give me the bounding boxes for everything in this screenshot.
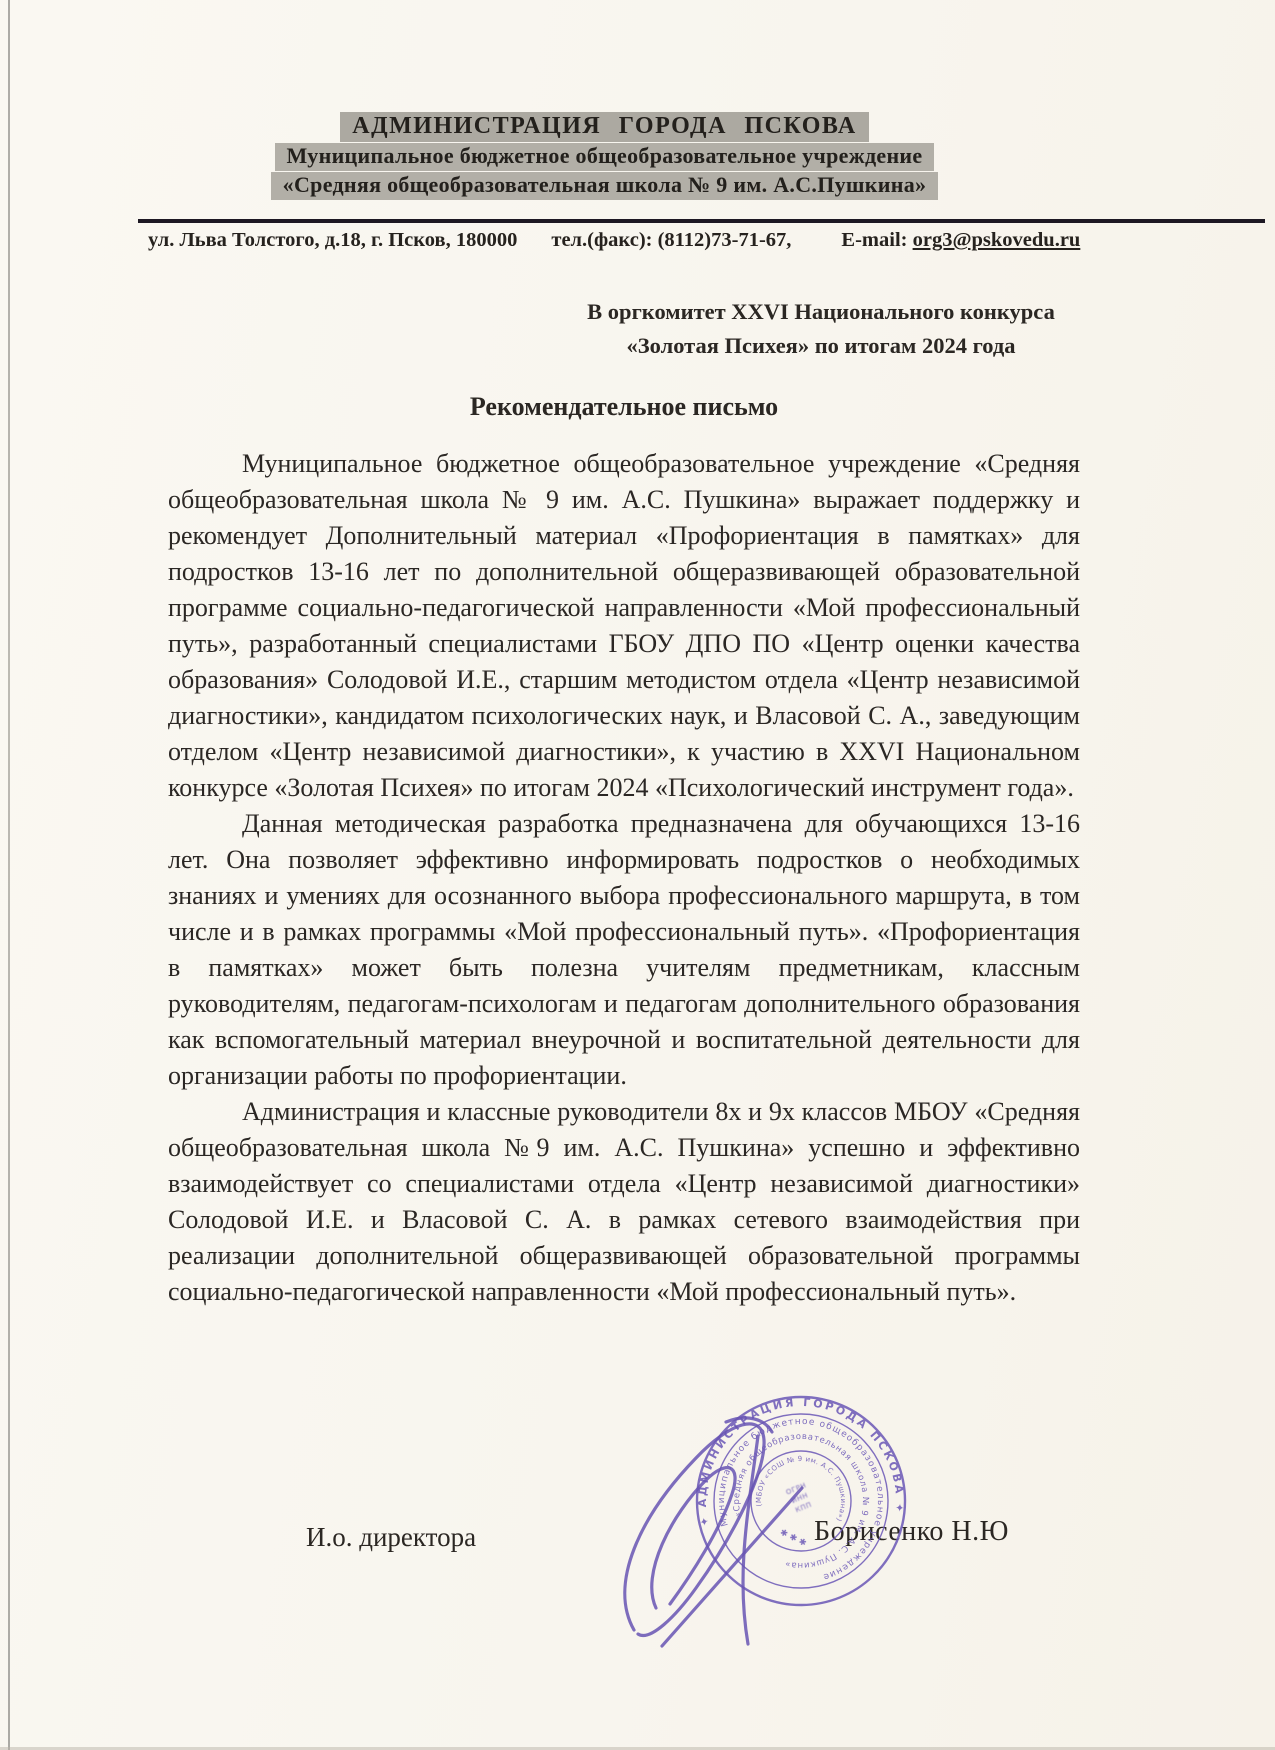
contact-email-link[interactable]: org3@pskovedu.ru	[913, 229, 1081, 251]
contact-line: ул. Льва Толстого, д.18, г. Псков, 18000…	[148, 229, 1258, 252]
addressee-line-2: «Золотая Психея» по итогам 2024 года	[556, 329, 1086, 363]
scan-edge-artifact	[8, 0, 10, 1750]
letterhead-authority: АДМИНИСТРАЦИЯ ГОРОДА ПСКОВА	[340, 112, 868, 142]
letterhead-divider-rule	[138, 219, 1265, 223]
letterhead-org-name: «Средняя общеобразовательная школа № 9 и…	[271, 172, 939, 200]
body-paragraph-3: Администрация и классные руководители 8х…	[168, 1094, 1080, 1310]
letter-body: Муниципальное бюджетное общеобразователь…	[168, 446, 1080, 1310]
addressee-block: В оргкомитет XXVI Национального конкурса…	[556, 295, 1086, 363]
addressee-line-1: В оргкомитет XXVI Национального конкурса	[556, 295, 1086, 329]
contact-email-label: E-mail:	[841, 229, 912, 251]
letterhead-org-type: Муниципальное бюджетное общеобразователь…	[275, 143, 935, 171]
letter-title: Рекомендательное письмо	[168, 392, 1080, 422]
body-paragraph-1: Муниципальное бюджетное общеобразователь…	[168, 446, 1080, 806]
letterhead: АДМИНИСТРАЦИЯ ГОРОДА ПСКОВА Муниципально…	[0, 112, 1242, 201]
body-paragraph-2: Данная методическая разработка предназна…	[168, 806, 1080, 1094]
signature-ink-scrawl	[606, 1392, 856, 1682]
scanned-letter-page: АДМИНИСТРАЦИЯ ГОРОДА ПСКОВА Муниципально…	[0, 0, 1275, 1750]
contact-address: ул. Льва Толстого, д.18, г. Псков, 18000…	[148, 229, 517, 251]
signature-role: И.о. директора	[306, 1522, 476, 1553]
contact-phone: тел.(факс): (8112)73-71-67,	[551, 229, 791, 251]
